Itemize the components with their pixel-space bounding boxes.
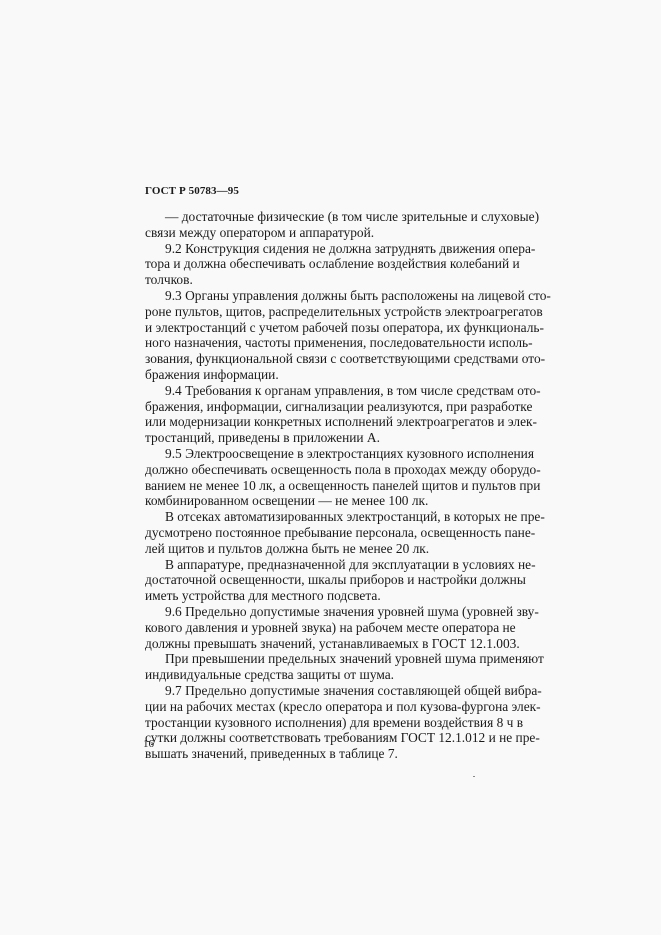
- paragraph-first-line: 9.6 Предельно допустимые значения уровне…: [145, 604, 515, 620]
- document-header: ГОСТ Р 50783—95: [145, 185, 239, 197]
- paragraph-first-line: 9.5 Электроосвещение в электростанциях к…: [145, 446, 515, 462]
- paragraph-first-line: 9.4 Требования к органам управления, в т…: [145, 383, 515, 399]
- paragraph-line: или модернизации конкретных исполнений э…: [145, 414, 515, 430]
- paragraph-line: индивидуальные средства защиты от шума.: [145, 667, 515, 683]
- paragraph-line: ванием не менее 10 лк, а освещенность па…: [145, 478, 515, 494]
- paragraph-line: роне пультов, щитов, распределительных у…: [145, 304, 515, 320]
- paragraph-line: лей щитов и пультов должна быть не менее…: [145, 541, 515, 557]
- paragraph-line: бражения, информации, сигнализации реали…: [145, 399, 515, 415]
- page-number: 16: [143, 738, 154, 750]
- paragraph-line: толчков.: [145, 272, 515, 288]
- document-body: — достаточные физические (в том числе зр…: [145, 209, 515, 762]
- paragraph-line: тростанций, приведены в приложении А.: [145, 430, 515, 446]
- paragraph-line: зования, функциональной связи с соответс…: [145, 351, 515, 367]
- paragraph-line: и электростанций с учетом рабочей позы о…: [145, 320, 515, 336]
- paragraph-line: ного назначения, частоты применения, пос…: [145, 335, 515, 351]
- paragraph-first-line: 9.2 Конструкция сидения не должна затруд…: [145, 241, 515, 257]
- paragraph-first-line: При превышении предельных значений уровн…: [145, 651, 515, 667]
- paragraph-first-line: 9.7 Предельно допустимые значения состав…: [145, 683, 515, 699]
- paragraph-line: ции на рабочих местах (кресло оператора …: [145, 699, 515, 715]
- paragraph-line: комбинированном освещении — не менее 100…: [145, 493, 515, 509]
- paragraph-line: иметь устройства для местного подсвета.: [145, 588, 515, 604]
- paragraph-line: связи между оператором и аппаратурой.: [145, 225, 515, 241]
- scan-artifact: [473, 776, 475, 777]
- paragraph-first-line: В аппаратуре, предназначенной для эксплу…: [145, 557, 515, 573]
- paragraph-line: тростанции кузовного исполнения) для вре…: [145, 715, 515, 731]
- paragraph-line: тора и должна обеспечивать ослабление во…: [145, 256, 515, 272]
- paragraph-line: вышать значений, приведенных в таблице 7…: [145, 746, 515, 762]
- paragraph-first-line: — достаточные физические (в том числе зр…: [145, 209, 515, 225]
- paragraph-first-line: В отсеках автоматизированных электростан…: [145, 509, 515, 525]
- paragraph-line: дусмотрено постоянное пребывание персона…: [145, 525, 515, 541]
- paragraph-line: должны превышать значений, устанавливаем…: [145, 636, 515, 652]
- paragraph-line: кового давления и уровней звука) на рабо…: [145, 620, 515, 636]
- document-page: ГОСТ Р 50783—95 — достаточные физические…: [0, 0, 661, 935]
- paragraph-line: достаточной освещенности, шкалы приборов…: [145, 572, 515, 588]
- paragraph-line: должно обеспечивать освещенность пола в …: [145, 462, 515, 478]
- paragraph-first-line: 9.3 Органы управления должны быть распол…: [145, 288, 515, 304]
- paragraph-line: сутки должны соответствовать требованиям…: [145, 730, 515, 746]
- paragraph-line: бражения информации.: [145, 367, 515, 383]
